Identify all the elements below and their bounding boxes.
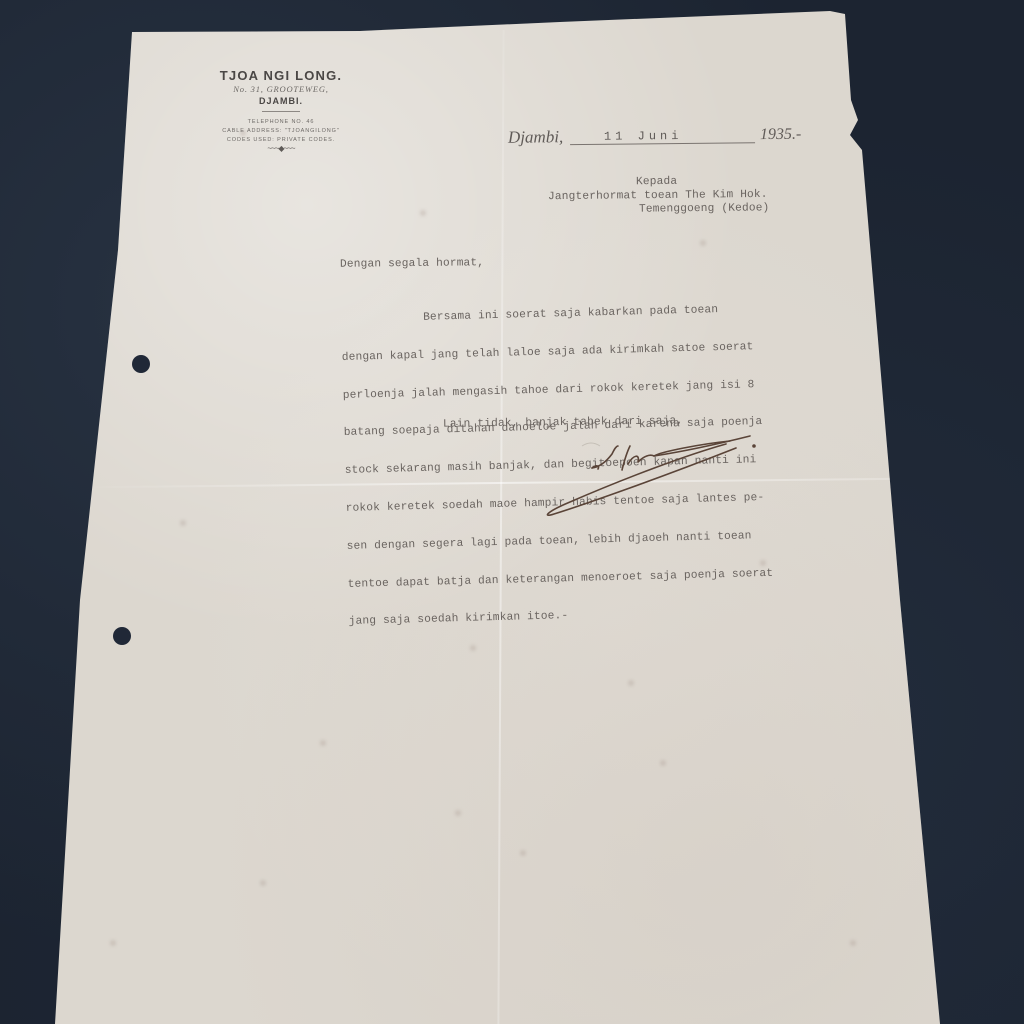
paper-stain xyxy=(700,240,706,246)
recipient-line-1: Kepada xyxy=(636,176,677,189)
paper-stain xyxy=(420,210,426,216)
recipient-line-3: Temenggoeng (Kedoe) xyxy=(639,202,770,216)
date-year: 1935.- xyxy=(760,126,802,144)
punch-hole-upper xyxy=(132,355,150,373)
ornament-icon: ~~~◆~~~ xyxy=(186,144,376,153)
company-telephone: Telephone No. 46 xyxy=(186,118,376,127)
body-line: Bersama ini soerat saja kabarkan pada to… xyxy=(341,303,767,327)
company-cable-address: Cable Address: "TJOANGILONG" xyxy=(186,127,376,136)
letterhead-rule xyxy=(262,111,300,112)
paper-stain xyxy=(180,520,186,526)
date-day-month: 11 Juni xyxy=(604,129,683,144)
body-line: dengan kapal jang telah laloe saja ada k… xyxy=(342,341,768,365)
date-place: Djambi, xyxy=(508,127,563,148)
recipient-line-2: Jangterhormat toean The Kim Hok. xyxy=(548,189,768,204)
paper-stain xyxy=(850,940,856,946)
paper-stain xyxy=(260,880,266,886)
paper-stain xyxy=(660,760,666,766)
paper-stain xyxy=(455,810,461,816)
punch-hole-lower xyxy=(113,627,131,645)
company-city: DJAMBI. xyxy=(186,96,376,106)
company-street: No. 31, GROOTEWEG, xyxy=(186,84,376,94)
paper-stain xyxy=(520,850,526,856)
signature xyxy=(540,432,770,522)
paper-stain xyxy=(628,680,634,686)
salutation: Dengan segala hormat, xyxy=(340,257,484,271)
company-name: TJOA NGI LONG. xyxy=(186,68,376,83)
body-line: sen dengan segera lagi pada toean, lebih… xyxy=(347,530,773,554)
dateline: Djambi, 11 Juni 1935.- xyxy=(508,126,848,150)
paper-stain xyxy=(110,940,116,946)
letterhead: TJOA NGI LONG. No. 31, GROOTEWEG, DJAMBI… xyxy=(186,68,376,153)
paper-stain xyxy=(470,645,476,651)
body-line: perloenja jalah mengasih tahoe dari roko… xyxy=(343,378,769,402)
paper-stain xyxy=(320,740,326,746)
body-line: tentoe dapat batja dan keterangan menoer… xyxy=(348,567,774,591)
body-line: jang saja soedah kirimkan itoe.- xyxy=(349,605,775,629)
